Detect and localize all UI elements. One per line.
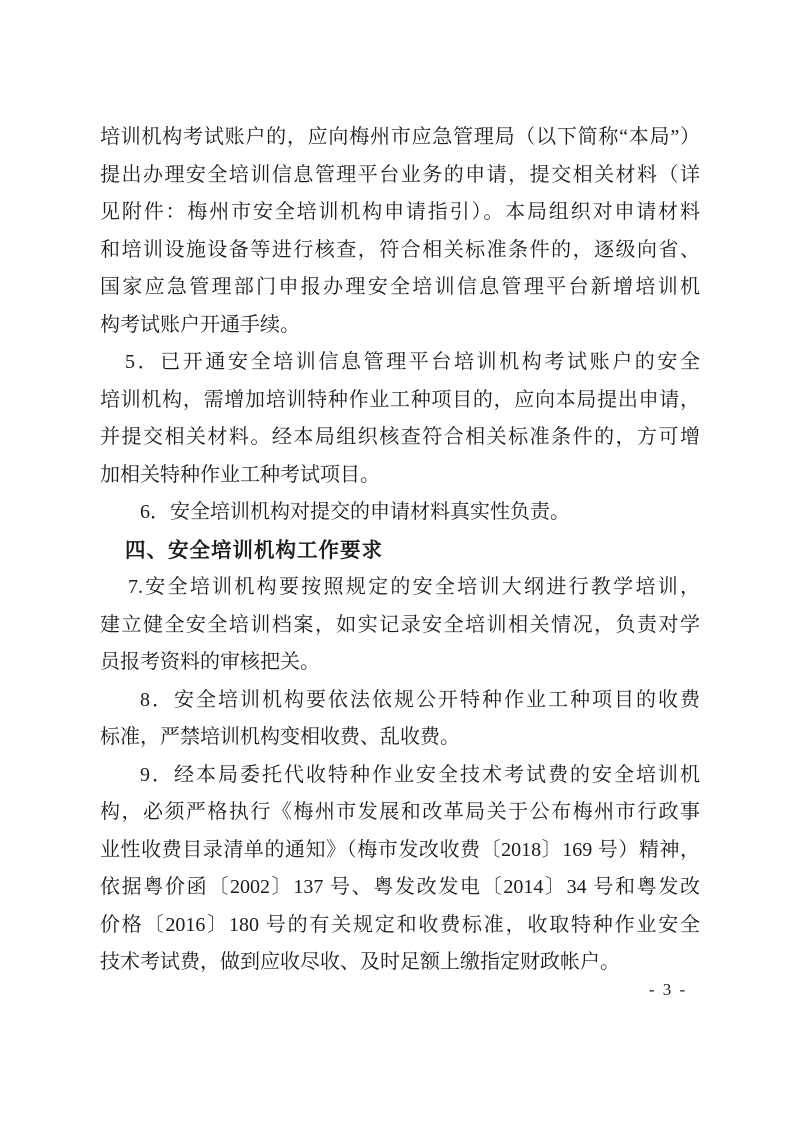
text-line: 提出办理安全培训信息管理平台业务的申请，提交相关材料（详 [100,157,700,195]
text-line: 员报考资料的审核把关。 [100,644,700,682]
text-line: 建立健全安全培训档案，如实记录安全培训相关情况，负责对学 [100,607,700,645]
text-line: 构考试账户开通手续。 [100,307,700,345]
list-item-9: 9．经本局委托代收特种作业安全技术考试费的安全培训机 [100,757,700,795]
text-line: 加相关特种作业工种考试项目。 [100,457,700,495]
text-line: 价格〔2016〕180 号的有关规定和收费标准，收取特种作业安全 [100,907,700,945]
text-line: 依据粤价函〔2002〕137 号、粤发改发电〔2014〕34 号和粤发改 [100,869,700,907]
text-line: 培训机构考试账户的，应向梅州市应急管理局（以下简称“本局”） [100,119,700,157]
text-line: 标准，严禁培训机构变相收费、乱收费。 [100,719,700,757]
document-page: 培训机构考试账户的，应向梅州市应急管理局（以下简称“本局”） 提出办理安全培训信… [0,0,793,1122]
text-line: 构，必须严格执行《梅州市发展和改革局关于公布梅州市行政事 [100,794,700,832]
text-line: 培训机构，需增加培训特种作业工种项目的，应向本局提出申请， [100,382,700,420]
text-line: 见附件：梅州市安全培训机构申请指引）。本局组织对申请材料 [100,194,700,232]
text-line: 技术考试费，做到应收尽收、及时足额上缴指定财政帐户。 [100,944,700,982]
document-text-body: 培训机构考试账户的，应向梅州市应急管理局（以下简称“本局”） 提出办理安全培训信… [100,119,700,982]
text-line: 国家应急管理部门申报办理安全培训信息管理平台新增培训机 [100,269,700,307]
text-line: 并提交相关材料。经本局组织核查符合相关标准条件的，方可增 [100,419,700,457]
text-line: 业性收费目录清单的通知》（梅市发改收费〔2018〕169 号）精神， [100,832,700,870]
page-number: - 3 - [640,979,696,1001]
list-item-6: 6．安全培训机构对提交的申请材料真实性负责。 [100,494,700,532]
section-heading: 四、安全培训机构工作要求 [100,532,700,570]
text-line: 和培训设施设备等进行核查，符合相关标准条件的，逐级向省、 [100,232,700,270]
list-item-5: 5．已开通安全培训信息管理平台培训机构考试账户的安全 [100,344,700,382]
list-item-8: 8．安全培训机构要依法依规公开特种作业工种项目的收费 [100,682,700,720]
list-item-7: 7.安全培训机构要按照规定的安全培训大纲进行教学培训， [100,569,700,607]
